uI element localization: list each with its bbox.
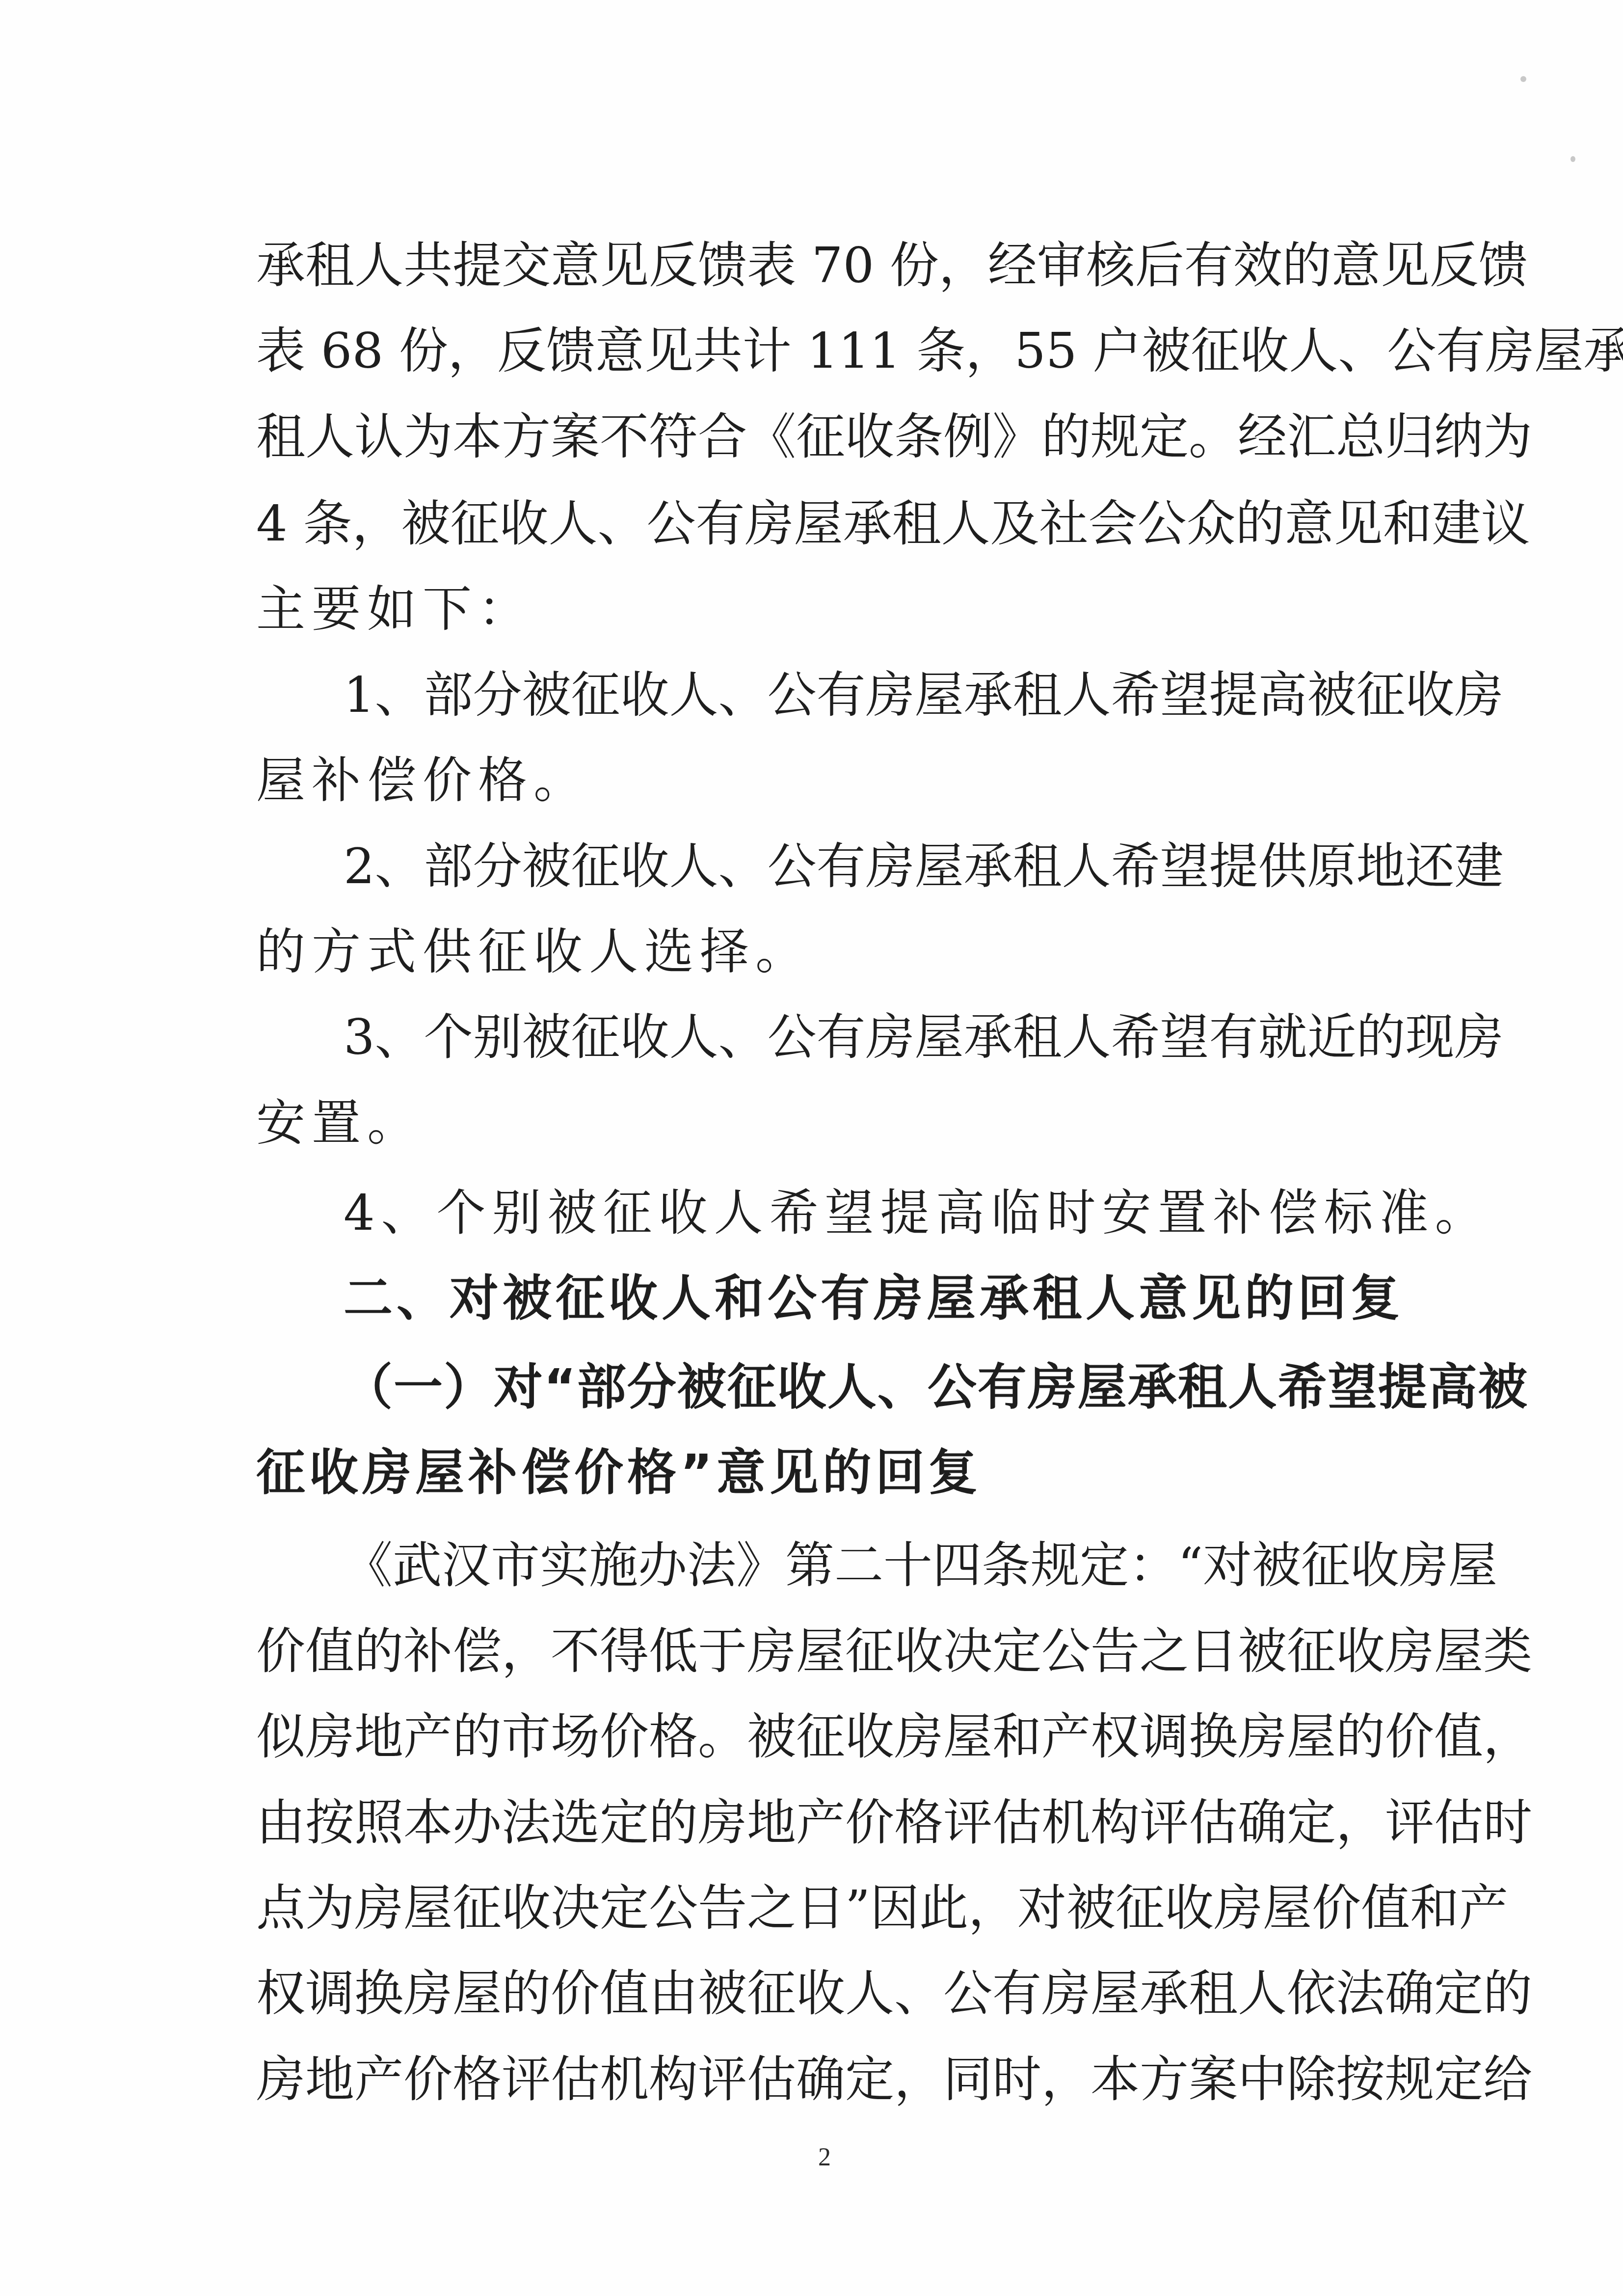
document-page: 承租人共提交意见反馈表 70 份，经审核后有效的意见反馈 表 68 份，反馈意见… xyxy=(0,0,1623,2296)
list-item-3-continuation: 安置。 xyxy=(256,1086,1366,1160)
paragraph-line: 承租人共提交意见反馈表 70 份，经审核后有效的意见反馈 xyxy=(256,229,1366,302)
paragraph-line: 房地产价格评估机构评估确定，同时，本方案中除按规定给 xyxy=(256,2043,1366,2116)
list-item-2: 2、部分被征收人、公有房屋承租人希望提供原地还建 xyxy=(344,830,1366,903)
list-item-3: 3、个别被征收人、公有房屋承租人希望有就近的现房 xyxy=(344,1000,1366,1074)
paragraph-line: 主要如下： xyxy=(256,572,1366,646)
paragraph-line: 价值的补偿，不得低于房屋征收决定公告之日被征收房屋类 xyxy=(256,1615,1366,1688)
paragraph-line: 4 条，被征收人、公有房屋承租人及社会公众的意见和建议 xyxy=(256,487,1366,561)
subsection-heading: （一）对“部分被征收人、公有房屋承租人希望提高被 xyxy=(344,1351,1366,1424)
subsection-heading-continuation: 征收房屋补偿价格”意见的回复 xyxy=(256,1436,1366,1510)
paragraph-line: 由按照本办法选定的房地产价格评估机构评估确定，评估时 xyxy=(256,1786,1366,1860)
scan-speck xyxy=(1570,156,1575,162)
paragraph-line: 租人认为本方案不符合《征收条例》的规定。经汇总归纳为 xyxy=(256,400,1366,474)
paragraph-line: 点为房屋征收决定公告之日”因此，对被征收房屋价值和产 xyxy=(256,1871,1366,1945)
paragraph-line: 表 68 份，反馈意见共计 111 条，55 户被征收人、公有房屋承 xyxy=(256,314,1366,388)
page-number: 2 xyxy=(785,2140,864,2175)
scan-speck xyxy=(1520,76,1526,82)
list-item-2-continuation: 的方式供征收人选择。 xyxy=(256,915,1366,989)
paragraph-line: 《武汉市实施办法》第二十四条规定：“对被征收房屋 xyxy=(344,1529,1366,1602)
paragraph-line: 似房地产的市场价格。被征收房屋和产权调换房屋的价值， xyxy=(256,1700,1366,1774)
list-item-1: 1、部分被征收人、公有房屋承租人希望提高被征收房 xyxy=(344,658,1366,732)
section-heading: 二、对被征收人和公有房屋承租人意见的回复 xyxy=(344,1262,1366,1335)
list-item-4: 4、个别被征收人希望提高临时安置补偿标准。 xyxy=(344,1176,1366,1250)
list-item-1-continuation: 屋补偿价格。 xyxy=(256,744,1366,817)
paragraph-line: 权调换房屋的价值由被征收人、公有房屋承租人依法确定的 xyxy=(256,1957,1366,2030)
